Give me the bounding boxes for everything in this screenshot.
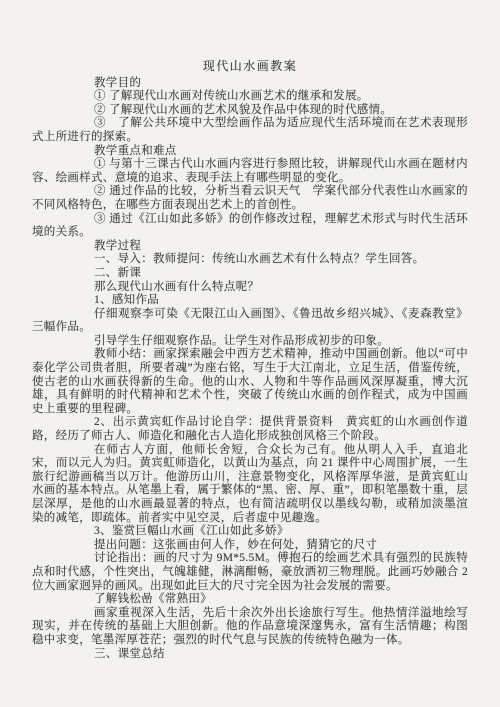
document-page: 现代山水画教案 教学目的① 了解现代山水画对传统山水画艺术的继承和发展。② 了解… [0, 0, 500, 707]
paragraph: 教师小结：画家探索融会中西方艺术精神，推动中国画创新。他以“可中泰化学公司贵者胆… [32, 348, 468, 416]
paragraph: ① 了解现代山水画对传统山水画艺术的继承和发展。 [32, 90, 468, 104]
paragraph: 那么现代山水画有什么特点呢？ [32, 281, 468, 295]
document-body: 教学目的① 了解现代山水画对传统山水画艺术的继承和发展。② 了解现代山水画的艺术… [32, 77, 468, 662]
document-title: 现代山水画教案 [32, 60, 468, 74]
paragraph: 教学过程 [32, 240, 468, 254]
paragraph: 1、感知作品 [32, 294, 468, 308]
paragraph: 画家重视深入生活，先后十余次外出长途旅行写生。他热情洋溢地绘写现实，并在传统的基… [32, 607, 468, 648]
paragraph: ② 了解现代山水画的艺术风貌及作品中体现的时代感情。 [32, 104, 468, 118]
paragraph: 提出问题：这张画由何人作，妙在何处，猜猜它的尺寸 [32, 539, 468, 553]
paragraph: 二、新课 [32, 267, 468, 281]
paragraph: 2、出示黄宾虹作品讨论自学：提供背景资料 黄宾虹的山水画创作道路，经历了师古人、… [32, 416, 468, 443]
paragraph: ① 与第十三课古代山水画内容进行参照比较，讲解现代山水画在题材内容、绘画样式、意… [32, 158, 468, 185]
paragraph: 一、导入：教师提问：传统山水画艺术有什么特点？学生回答。 [32, 253, 468, 267]
paragraph: 3、鉴赏巨幅山水画《江山如此多娇》 [32, 525, 468, 539]
paragraph: 在师古人方面，他师长舍短，合众长为己有。他从明人入手，直追北宋，而以元人为归。黄… [32, 444, 468, 526]
paragraph: 讨论指出：画的尺寸为 9M*5.5M。傅抱石的绘画艺术具有强烈的民族特点和时代感… [32, 552, 468, 593]
paragraph: 引导学生仔细观察作品。让学生对作品形成初步的印象。 [32, 335, 468, 349]
paragraph: ③ 通过《江山如此多娇》的创作修改过程，理解艺术形式与时代生活环境的关系。 [32, 213, 468, 240]
paragraph: 教学目的 [32, 77, 468, 91]
paragraph: 了解钱松喦《常熟田》 [32, 593, 468, 607]
paragraph: 仔细观察李可染《无限江山入画图》、《鲁迅故乡绍兴城》、《麦森教堂》三幅作品。 [32, 308, 468, 335]
paragraph: 教学重点和难点 [32, 145, 468, 159]
paragraph: ② 通过作品的比较，分析当看云识天气 学案代部分代表性山水画家的不同风格特色，在… [32, 185, 468, 212]
paragraph: 三、课堂总结 [32, 648, 468, 662]
paragraph: ③ 了解公共环境中大型绘画作品为适应现代生活环境而在艺术表现形式上所进行的探索。 [32, 117, 468, 144]
